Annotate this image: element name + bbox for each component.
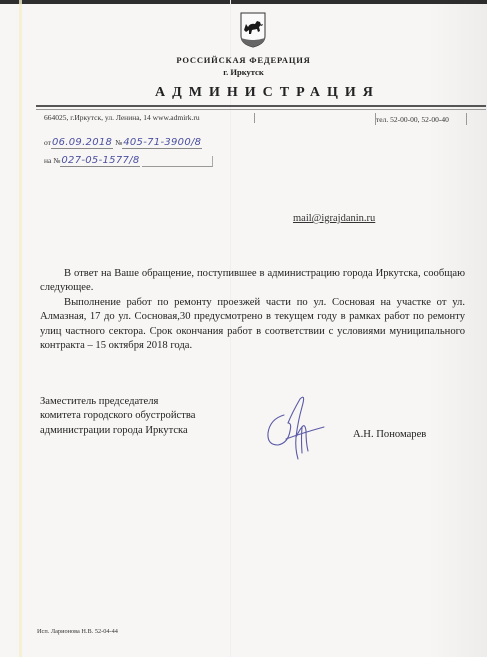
letter-date: 06.09.2018: [51, 137, 113, 149]
city-name: г. Иркутск: [0, 67, 487, 77]
reply-date-blank: [142, 156, 213, 167]
handwritten-signature-icon: [262, 393, 332, 465]
outgoing-reference: от06.09.2018 №405-71-3900/8: [44, 137, 202, 148]
signer-position-line: Заместитель председателя: [40, 395, 195, 409]
signer-name: А.Н. Пономарев: [353, 429, 426, 440]
letter-body: В ответ на Ваше обращение, поступившее в…: [40, 267, 465, 353]
reply-number: 027-05-1577/8: [60, 155, 140, 167]
phone-divider-right: [466, 113, 467, 125]
postal-address: 664025, г.Иркутск, ул. Ленина, 14 www.ad…: [44, 113, 200, 122]
recipient-email: mail@igrajdanin.ru: [293, 213, 375, 224]
header-rule-thin: [36, 109, 486, 110]
body-paragraph: В ответ на Ваше обращение, поступившее в…: [40, 267, 465, 296]
incoming-reference: на №027-05-1577/8: [44, 155, 213, 167]
letter-number: 405-71-3900/8: [122, 137, 202, 149]
address-divider: [254, 113, 255, 123]
header-rule-thick: [36, 105, 486, 107]
body-paragraph: Выполнение работ по ремонту проезжей час…: [40, 296, 465, 354]
organization-title: АДМИНИСТРАЦИЯ: [155, 85, 380, 101]
signer-position-line: комитета городского обустройства: [40, 409, 195, 423]
scan-top-edge: [0, 0, 487, 4]
phone-numbers: тел. 52-00-00, 52-00-40: [376, 115, 449, 124]
signer-position: Заместитель председателя комитета городс…: [40, 395, 195, 438]
executor-info: Исп. Ларионова Н.В. 52-04-44: [37, 628, 118, 635]
from-label: от: [44, 138, 51, 147]
reply-label: на №: [44, 156, 60, 165]
scan-artifact-line: [19, 0, 22, 657]
country-name: РОССИЙСКАЯ ФЕДЕРАЦИЯ: [0, 55, 487, 65]
irkutsk-coat-of-arms-icon: [240, 12, 266, 48]
signer-position-line: администрации города Иркутска: [40, 424, 195, 438]
